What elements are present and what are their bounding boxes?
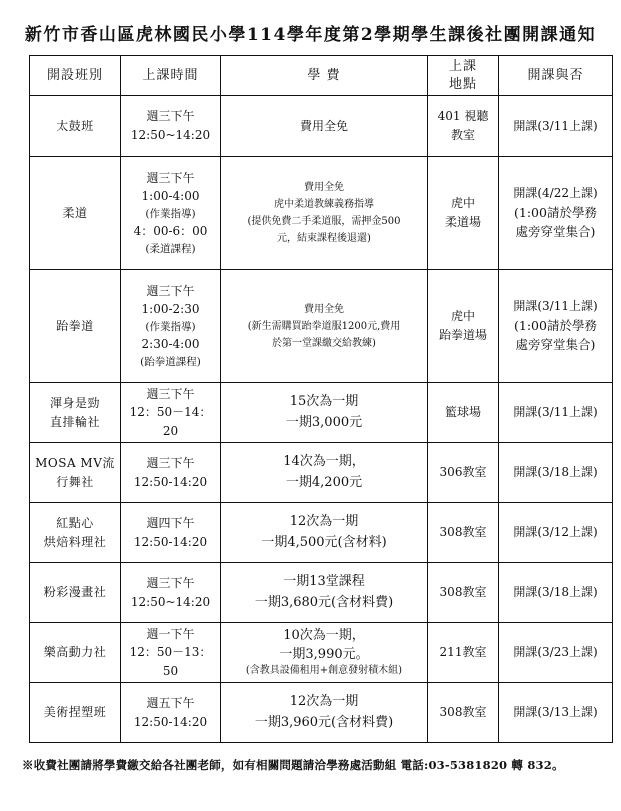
header-location-line2: 地點 (430, 76, 496, 94)
status-line: 開課(4/22上課) (501, 184, 610, 203)
status-line: 開課(3/18上課) (501, 583, 610, 602)
location-line: 虎中 (430, 194, 496, 213)
class-name-cell: 渾身是勁 直排輪社 (30, 383, 121, 443)
class-name-cell: 柔道 (30, 157, 121, 270)
location-line: 跆拳道場 (430, 326, 496, 345)
time-line: (作業指導) (123, 206, 218, 222)
status-cell: 開課(3/18上課) (499, 443, 613, 503)
status-line: (1:00請於學務 (501, 316, 610, 335)
time-line: 週三下午 (123, 574, 218, 593)
location-cell: 308教室 (428, 563, 499, 623)
header-location-line1: 上課 (430, 58, 496, 76)
class-name-cell: 美術捏塑班 (30, 683, 121, 743)
time-line: 1:00-2:30 (123, 300, 218, 319)
fee-cell: 費用全免 虎中柔道教練義務指導 (提供免費二手柔道服，需押金500 元，結束課程… (221, 157, 428, 270)
status-cell: 開課(3/11上課) (499, 96, 613, 157)
status-cell: 開課(3/11上課) (1:00請於學務 處旁穿堂集合) (499, 270, 613, 383)
time-line: (作業指導) (123, 319, 218, 335)
status-line: (1:00請於學務 (501, 203, 610, 222)
time-line: 12:50-14:20 (123, 533, 218, 552)
fee-line: 10次為一期， (223, 627, 425, 645)
status-line: 開課(3/11上課) (501, 297, 610, 316)
time-line: 週三下午 (123, 282, 218, 301)
class-time-cell: 週五下午 12:50-14:20 (121, 683, 221, 743)
fee-line: 一期13堂課程 (223, 572, 425, 592)
status-cell: 開課(3/12上課) (499, 503, 613, 563)
fee-line: 費用全免 (223, 179, 425, 196)
fee-line: 一期3,960元(含材料費) (223, 713, 425, 733)
time-line: 週三下午 (123, 385, 218, 404)
time-line: 12:50-14:20 (123, 473, 218, 492)
header-location: 上課 地點 (428, 56, 499, 96)
location-cell: 401 視聽 教室 (428, 96, 499, 157)
class-name-cell: 樂高動力社 (30, 623, 121, 683)
location-cell: 籃球場 (428, 383, 499, 443)
table-row: 柔道 週三下午 1:00-4:00 (作業指導) 4：00-6：00 (柔道課程… (30, 157, 613, 270)
location-line: 306教室 (430, 463, 496, 482)
status-cell: 開課(3/23上課) (499, 623, 613, 683)
fee-line: 費用全免 (223, 301, 425, 318)
location-line: 教室 (430, 126, 496, 145)
location-cell: 虎中 跆拳道場 (428, 270, 499, 383)
table-row: MOSA MV流 行舞社 週三下午 12:50-14:20 14次為一期， 一期… (30, 443, 613, 503)
status-line: 開課(3/12上課) (501, 523, 610, 542)
location-line: 308教室 (430, 703, 496, 722)
table-row: 太鼓班 週三下午 12:50~14:20 費用全免 401 視聽 教室 開課(3… (30, 96, 613, 157)
header-class-name: 開設班別 (30, 56, 121, 96)
class-name-cell: 紅點心 烘焙料理社 (30, 503, 121, 563)
fee-cell: 12次為一期 一期4,500元(含材料) (221, 503, 428, 563)
time-line: (柔道課程) (123, 241, 218, 257)
footnote: ※收費社團請將學費繳交給各社團老師，如有相關問題請洽學務處活動組 電話:03-5… (22, 757, 621, 773)
class-name-line: 直排輪社 (32, 413, 118, 432)
location-cell: 211教室 (428, 623, 499, 683)
fee-line: 元，結束課程後退還) (223, 230, 425, 247)
class-time-cell: 週三下午 1:00-4:00 (作業指導) 4：00-6：00 (柔道課程) (121, 157, 221, 270)
fee-cell: 10次為一期， 一期3,990元。 (含教具設備租用+創意發射積木組) (221, 623, 428, 683)
document-title: 新竹市香山區虎林國民小學114學年度第2學期學生課後社團開課通知 (0, 20, 621, 45)
location-cell: 虎中 柔道場 (428, 157, 499, 270)
class-time-cell: 週四下午 12:50-14:20 (121, 503, 221, 563)
location-line: 籃球場 (430, 403, 496, 422)
club-schedule-table: 開設班別 上課時間 學 費 上課 地點 開課與否 太鼓班 週三下午 12:50~… (29, 55, 613, 743)
time-line: 週三下午 (123, 454, 218, 473)
status-line: 開課(3/11上課) (501, 403, 610, 422)
status-line: 處旁穿堂集合) (501, 335, 610, 354)
table-header-row: 開設班別 上課時間 學 費 上課 地點 開課與否 (30, 56, 613, 96)
class-name-cell: 太鼓班 (30, 96, 121, 157)
time-line: 4：00-6：00 (123, 222, 218, 241)
time-line: 12:50~14:20 (123, 126, 218, 145)
class-time-cell: 週三下午 12:50-14:20 (121, 443, 221, 503)
location-line: 308教室 (430, 583, 496, 602)
fee-cell: 12次為一期 一期3,960元(含材料費) (221, 683, 428, 743)
fee-line: 一期3,990元。 (223, 646, 425, 664)
class-name-line: 行舞社 (32, 473, 118, 492)
fee-line: (新生需購買跆拳道服1200元,費用 (223, 318, 425, 335)
class-time-cell: 週三下午 1:00-2:30 (作業指導) 2:30-4:00 (跆拳道課程) (121, 270, 221, 383)
fee-line: 一期3,680元(含材料費) (223, 593, 425, 613)
table-row: 美術捏塑班 週五下午 12:50-14:20 12次為一期 一期3,960元(含… (30, 683, 613, 743)
fee-cell: 14次為一期， 一期4,200元 (221, 443, 428, 503)
table-row: 渾身是勁 直排輪社 週三下午 12：50－14：20 15次為一期 一期3,00… (30, 383, 613, 443)
status-line: 開課(3/13上課) (501, 703, 610, 722)
table-row: 粉彩漫畫社 週三下午 12:50~14:20 一期13堂課程 一期3,680元(… (30, 563, 613, 623)
fee-cell: 費用全免 (221, 96, 428, 157)
time-line: 週五下午 (123, 694, 218, 713)
time-line: 12：50－13：50 (123, 643, 218, 680)
fee-cell: 費用全免 (新生需購買跆拳道服1200元,費用 於第一堂課繳交給教練) (221, 270, 428, 383)
fee-line: 12次為一期 (223, 512, 425, 532)
table-row: 紅點心 烘焙料理社 週四下午 12:50-14:20 12次為一期 一期4,50… (30, 503, 613, 563)
location-cell: 306教室 (428, 443, 499, 503)
class-time-cell: 週一下午 12：50－13：50 (121, 623, 221, 683)
fee-line: 14次為一期， (223, 452, 425, 472)
fee-line: 於第一堂課繳交給教練) (223, 335, 425, 352)
table-row: 樂高動力社 週一下午 12：50－13：50 10次為一期， 一期3,990元。… (30, 623, 613, 683)
fee-line: 虎中柔道教練義務指導 (223, 196, 425, 213)
fee-line: 一期3,000元 (223, 413, 425, 433)
class-time-cell: 週三下午 12:50~14:20 (121, 96, 221, 157)
location-line: 401 視聽 (430, 107, 496, 126)
location-line: 柔道場 (430, 213, 496, 232)
time-line: 週三下午 (123, 169, 218, 188)
time-line: 週一下午 (123, 625, 218, 644)
time-line: (跆拳道課程) (123, 354, 218, 370)
time-line: 週三下午 (123, 107, 218, 126)
location-line: 308教室 (430, 523, 496, 542)
location-cell: 308教室 (428, 683, 499, 743)
fee-line: (提供免費二手柔道服，需押金500 (223, 213, 425, 230)
status-cell: 開課(3/13上課) (499, 683, 613, 743)
class-name-line: 烘焙料理社 (32, 533, 118, 552)
fee-cell: 15次為一期 一期3,000元 (221, 383, 428, 443)
fee-line: 12次為一期 (223, 692, 425, 712)
class-name-cell: 粉彩漫畫社 (30, 563, 121, 623)
class-name-line: 渾身是勁 (32, 394, 118, 413)
class-time-cell: 週三下午 12:50~14:20 (121, 563, 221, 623)
time-line: 12:50-14:20 (123, 713, 218, 732)
time-line: 1:00-4:00 (123, 187, 218, 206)
status-line: 開課(3/18上課) (501, 463, 610, 482)
header-fee: 學 費 (221, 56, 428, 96)
location-cell: 308教室 (428, 503, 499, 563)
time-line: 12:50~14:20 (123, 593, 218, 612)
time-line: 12：50－14：20 (123, 403, 218, 440)
fee-line: 一期4,200元 (223, 473, 425, 493)
class-name-cell: MOSA MV流 行舞社 (30, 443, 121, 503)
header-class-time: 上課時間 (121, 56, 221, 96)
status-cell: 開課(3/11上課) (499, 383, 613, 443)
fee-line: 15次為一期 (223, 392, 425, 412)
class-time-cell: 週三下午 12：50－14：20 (121, 383, 221, 443)
status-cell: 開課(4/22上課) (1:00請於學務 處旁穿堂集合) (499, 157, 613, 270)
status-line: 開課(3/23上課) (501, 643, 610, 662)
fee-line: 一期4,500元(含材料) (223, 533, 425, 553)
status-cell: 開課(3/18上課) (499, 563, 613, 623)
time-line: 2:30-4:00 (123, 335, 218, 354)
fee-line: (含教具設備租用+創意發射積木組) (223, 664, 425, 678)
class-name-line: MOSA MV流 (32, 454, 118, 473)
time-line: 週四下午 (123, 514, 218, 533)
status-line: 處旁穿堂集合) (501, 222, 610, 241)
class-name-line: 紅點心 (32, 514, 118, 533)
fee-line: 費用全免 (223, 117, 425, 136)
location-line: 211教室 (430, 643, 496, 662)
location-line: 虎中 (430, 307, 496, 326)
table-row: 跆拳道 週三下午 1:00-2:30 (作業指導) 2:30-4:00 (跆拳道… (30, 270, 613, 383)
status-line: 開課(3/11上課) (501, 117, 610, 136)
header-status: 開課與否 (499, 56, 613, 96)
fee-cell: 一期13堂課程 一期3,680元(含材料費) (221, 563, 428, 623)
class-name-cell: 跆拳道 (30, 270, 121, 383)
